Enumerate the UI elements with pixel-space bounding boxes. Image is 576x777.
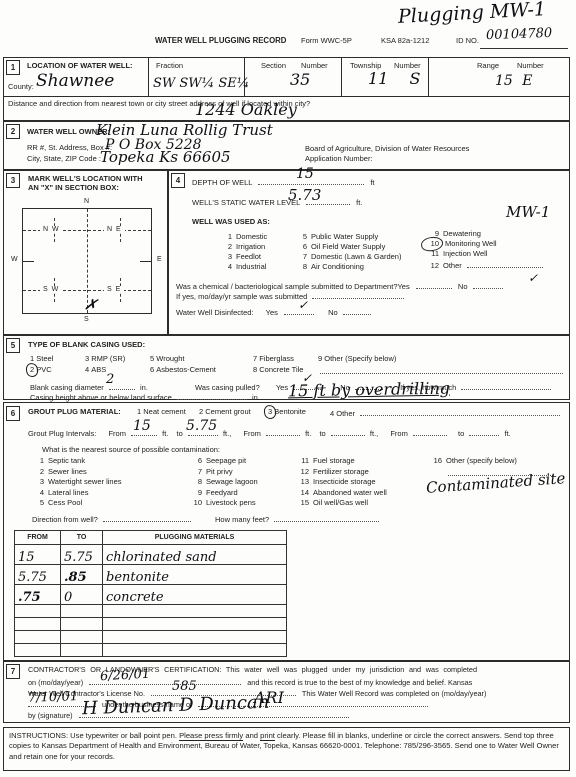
item-label: Cess Pool — [48, 498, 82, 507]
contamination-item: 7Pit privy — [188, 468, 233, 477]
contamination-item: 8Sewage lagoon — [188, 478, 258, 487]
casing-option: 3 RMP (SR) — [85, 355, 125, 364]
section-number: 4 — [171, 173, 185, 188]
use-label: Feedlot — [236, 252, 261, 261]
license-number-value: 585 — [172, 680, 197, 693]
material-cell: concrete — [103, 585, 287, 605]
county-label: County: — [8, 83, 34, 92]
use-number: 2 — [222, 243, 232, 252]
certification-line2-text: and this record is true to the best of m… — [247, 678, 472, 687]
section5-title: TYPE OF BLANK CASING USED: — [28, 341, 145, 350]
check-mark-icon: ✓ — [298, 299, 308, 311]
item-label: Seepage pit — [206, 456, 246, 465]
depth-label: DEPTH OF WELL — [192, 178, 252, 187]
section-column-label: Section — [261, 62, 286, 71]
use-label: Oil Field Water Supply — [311, 242, 385, 251]
material-cell — [103, 631, 287, 644]
item-number: 9 — [188, 489, 202, 498]
grout-intervals-label: Grout Plug Intervals: — [28, 429, 96, 438]
column-header-to: TO — [61, 531, 103, 545]
item-label: Septic tank — [48, 456, 85, 465]
column-header-materials: PLUGGING MATERIALS — [103, 531, 287, 545]
casing-diameter-value: 2 — [106, 373, 114, 386]
table-row-empty — [15, 605, 287, 618]
grout-option: 2 Cement grout — [199, 408, 251, 417]
divider — [428, 57, 429, 96]
completed-on-label: on (mo/day/year) — [28, 678, 83, 687]
item-label: Oil well/Gas well — [313, 498, 368, 507]
overdrilling-note-value: 15 ft by overdrilling — [288, 381, 450, 400]
street-address-value: 1244 Oakley — [195, 102, 297, 118]
id-label: ID NO. — [456, 37, 479, 46]
no-label: No — [458, 282, 468, 291]
section1-title: LOCATION OF WATER WELL: — [27, 62, 133, 71]
number-column-label: Number — [517, 62, 544, 71]
fraction-label: Fraction — [156, 62, 183, 71]
casing-option: 6 Asbestos-Cement — [150, 366, 216, 375]
section-number: 1 — [6, 60, 20, 75]
use-number: 5 — [297, 233, 307, 242]
use-item: 12Other — [425, 260, 543, 271]
how-many-feet-label: How many feet? — [215, 515, 269, 524]
use-item: 2Irrigation — [222, 243, 265, 252]
grout-material-label: GROUT PLUG MATERIAL: — [28, 408, 121, 417]
signature-label: by (signature) — [28, 711, 73, 720]
use-number-circled: 10 — [425, 240, 439, 249]
contamination-item: 5Cess Pool — [30, 499, 82, 508]
item-label: Insecticide storage — [313, 477, 376, 486]
table-row-empty — [15, 618, 287, 631]
item-number: 7 — [188, 468, 202, 477]
option-label: RMP (SR) — [91, 354, 125, 363]
item-label: Watertight sewer lines — [48, 477, 122, 486]
ft-unit: ft. — [356, 198, 362, 207]
instructions-underlined-2: print — [260, 731, 275, 741]
option-label: Cement grout — [205, 407, 250, 416]
section-number: 2 — [6, 124, 20, 139]
to-cell — [61, 631, 103, 644]
casing-option: 9 Other (Specify below) — [318, 355, 396, 364]
statute-number: KSA 82a-1212 — [381, 37, 429, 46]
option-number: 7 — [253, 354, 257, 363]
use-label: Other — [443, 261, 462, 270]
grout-intervals-row: Grout Plug Intervals: From ft. to ft., F… — [28, 428, 511, 439]
to-cell: 0 — [61, 585, 103, 605]
to-cell: .85 — [61, 565, 103, 585]
use-number: 8 — [297, 263, 307, 272]
use-number: 11 — [425, 250, 439, 259]
from-cell — [15, 631, 61, 644]
option-label: Other — [336, 409, 355, 418]
ft-unit: ft. — [504, 429, 510, 438]
item-number: 11 — [295, 457, 309, 466]
item-label: Lateral lines — [48, 488, 88, 497]
table-row-empty — [15, 644, 287, 657]
no-label: No — [328, 308, 338, 317]
item-label: Abandoned water well — [313, 488, 387, 497]
item-label: Feedyard — [206, 488, 238, 497]
section-number: 7 — [6, 664, 20, 679]
material-cell — [103, 644, 287, 657]
from-label: From — [243, 429, 261, 438]
option-label: Neat cement — [143, 407, 186, 416]
compass-east-label: E — [157, 256, 162, 264]
plugging-date-value: 6/26/01 — [100, 668, 151, 684]
scanned-form-page: Plugging MW-1 WATER WELL PLUGGING RECORD… — [0, 0, 576, 777]
option-number: 6 — [150, 365, 154, 374]
use-number: 3 — [222, 253, 232, 262]
check-mark-icon: ✓ — [528, 272, 538, 284]
contamination-item: 1Septic tank — [30, 457, 85, 466]
from-label: From — [390, 429, 408, 438]
section-number: 3 — [6, 173, 20, 188]
to-label: to — [319, 429, 325, 438]
contamination-item-other: 16Other (specify below) — [428, 457, 517, 466]
compass-north-label: N — [84, 198, 89, 206]
table-row: 15 5.75 chlorinated sand — [15, 545, 287, 565]
grout-option: 3 Bentonite — [268, 408, 306, 417]
static-water-level-label: WELL'S STATIC WATER LEVEL — [192, 198, 300, 207]
diagram-tick — [140, 261, 152, 262]
option-label: Steel — [36, 354, 53, 363]
use-item: 11Injection Well — [425, 250, 487, 259]
in-unit: in. — [252, 393, 260, 402]
contamination-item: 4Lateral lines — [30, 489, 88, 498]
option-number: 1 — [137, 407, 141, 416]
use-number: 1 — [222, 233, 232, 242]
option-number: 8 — [253, 365, 257, 374]
use-item: 6Oil Field Water Supply — [297, 243, 385, 252]
item-number: 12 — [295, 468, 309, 477]
option-number: 4 — [85, 365, 89, 374]
use-number: 4 — [222, 263, 232, 272]
from-cell: 5.75 — [15, 565, 61, 585]
use-number: 7 — [297, 253, 307, 262]
material-cell — [103, 605, 287, 618]
contamination-item: 11Fuel storage — [295, 457, 355, 466]
option-label: Asbestos-Cement — [156, 365, 216, 374]
in-unit: in. — [140, 383, 148, 392]
item-label: Other (specify below) — [446, 456, 517, 465]
from-cell — [15, 605, 61, 618]
certification-line1: CONTRACTOR'S OR LANDOWNER'S CERTIFICATIO… — [28, 666, 477, 674]
county-value: Shawnee — [36, 73, 114, 90]
ft-unit: ft — [370, 178, 374, 187]
option-number: 4 — [330, 409, 334, 418]
item-number: 5 — [30, 499, 44, 508]
grout-option: 1 Neat cement — [137, 408, 186, 417]
use-item: 8Air Conditioning — [297, 263, 364, 272]
use-label: Injection Well — [443, 249, 487, 258]
casing-option: 2 PVC — [30, 366, 52, 375]
option-label: Bentonite — [274, 407, 306, 416]
casing-option: 4 ABS — [85, 366, 106, 375]
quadrant-nw-label: N W — [40, 226, 63, 233]
to-label: to — [177, 429, 183, 438]
option-number-circled: 3 — [268, 408, 272, 417]
item-label: Sewer lines — [48, 467, 87, 476]
use-label: Domestic — [236, 232, 267, 241]
use-label: Domestic (Lawn & Garden) — [311, 252, 401, 261]
form-number: Form WWC-5P — [301, 37, 352, 46]
quadrant-ne-label: N E — [104, 226, 125, 233]
item-number: 6 — [188, 457, 202, 466]
use-item: 5Public Water Supply — [297, 233, 378, 242]
option-number: 5 — [150, 354, 154, 363]
compass-west-label: W — [11, 256, 18, 264]
instructions-text: INSTRUCTIONS: Use typewriter or ball poi… — [9, 731, 563, 762]
range-column-label: Range — [477, 62, 499, 71]
ft-unit: ft. — [305, 429, 311, 438]
contamination-item: 3Watertight sewer lines — [30, 478, 122, 487]
ft-unit: ft. — [162, 429, 168, 438]
item-label: Fertilizer storage — [313, 467, 369, 476]
static-water-level-row: WELL'S STATIC WATER LEVEL ft. — [192, 197, 362, 208]
divider — [148, 57, 149, 96]
contamination-question: What is the nearest source of possible c… — [42, 446, 220, 455]
township-value: 11 S — [368, 71, 420, 87]
certification-line3-text: This Water Well Record was completed on … — [302, 689, 487, 698]
plugging-materials-table: FROM TO PLUGGING MATERIALS 15 5.75 chlor… — [14, 530, 287, 657]
record-completed-date-value: 7/10/01 — [28, 690, 79, 705]
use-label: Monitoring Well — [445, 239, 497, 248]
option-number: 1 — [30, 354, 34, 363]
option-label: Concrete Tile — [259, 365, 303, 374]
certification-line2: on (mo/day/year) and this record is true… — [28, 677, 472, 687]
range-value: 15 E — [495, 74, 532, 88]
interval-from-value: 15 — [133, 419, 151, 433]
item-label: Pit privy — [206, 467, 233, 476]
city-state-zip-label: City, State, ZIP Code : — [27, 155, 101, 164]
use-label: Dewatering — [443, 229, 481, 238]
casing-option: 8 Concrete Tile — [253, 366, 303, 375]
item-number: 8 — [188, 478, 202, 487]
option-number: 3 — [85, 354, 89, 363]
option-label: ABS — [91, 365, 106, 374]
casing-option: 7 Fiberglass — [253, 355, 294, 364]
material-cell — [103, 618, 287, 631]
use-item: 3Feedlot — [222, 253, 261, 262]
depth-of-well-row: DEPTH OF WELL ft — [192, 177, 375, 188]
option-label: PVC — [36, 365, 51, 374]
item-number: 4 — [30, 489, 44, 498]
item-number: 13 — [295, 478, 309, 487]
from-label: From — [108, 429, 126, 438]
column-header-from: FROM — [15, 531, 61, 545]
use-label: Public Water Supply — [311, 232, 378, 241]
item-number: 3 — [30, 478, 44, 487]
use-item: 4Industrial — [222, 263, 266, 272]
option-label: Wrought — [156, 354, 184, 363]
diagram-tick — [22, 261, 34, 262]
option-number: 2 — [199, 407, 203, 416]
divider — [3, 96, 570, 97]
option-number: 9 — [318, 354, 322, 363]
table-row: .75 0 concrete — [15, 585, 287, 605]
contamination-item: 10Livestock pens — [188, 499, 256, 508]
fraction-value: SW SW¼ SE¼ — [153, 77, 249, 90]
option-label: Fiberglass — [259, 354, 294, 363]
compass-south-label: S — [84, 316, 89, 324]
casing-pulled-label: Was casing pulled? — [195, 383, 260, 392]
material-cell: bentonite — [103, 565, 287, 585]
casing-option: 5 Wrought — [150, 355, 184, 364]
owner-value: Klein Luna Rollig Trust — [96, 123, 273, 138]
to-cell — [61, 618, 103, 631]
item-number: 10 — [188, 499, 202, 508]
chemical-sample-question: Was a chemical / bacteriological sample … — [176, 282, 410, 291]
yes-label: Yes — [266, 308, 278, 317]
item-label: Sewage lagoon — [206, 477, 258, 486]
ft-unit: ft., — [223, 429, 231, 438]
instructions-pre: INSTRUCTIONS: Use typewriter or ball poi… — [9, 731, 179, 740]
item-label: Fuel storage — [313, 456, 355, 465]
contamination-item: 14Abandoned water well — [295, 489, 387, 498]
material-cell: chlorinated sand — [103, 545, 287, 565]
to-cell — [61, 605, 103, 618]
section3-title-line2: AN "X" IN SECTION BOX: — [28, 184, 119, 193]
grout-option: 4 Other — [330, 408, 560, 419]
form-title: WATER WELL PLUGGING RECORD — [155, 37, 286, 46]
use-label: Irrigation — [236, 242, 265, 251]
quadrant-sw-label: S W — [40, 286, 62, 293]
top-annotation: Plugging MW-1 — [398, 0, 547, 27]
option-number-circled: 2 — [30, 366, 34, 375]
use-item: 7Domestic (Lawn & Garden) — [297, 253, 401, 262]
item-number: 2 — [30, 468, 44, 477]
depth-value: 15 — [296, 167, 314, 181]
city-state-zip-value: Topeka Ks 66605 — [100, 150, 231, 165]
use-item: 10Monitoring Well — [425, 240, 497, 249]
section-number: 5 — [6, 338, 20, 353]
item-label: Livestock pens — [206, 498, 256, 507]
from-cell — [15, 618, 61, 631]
interval-to-value: 5.75 — [186, 419, 217, 433]
item-number: 15 — [295, 499, 309, 508]
use-label: Industrial — [236, 262, 266, 271]
contamination-item: 9Feedyard — [188, 489, 238, 498]
contamination-item: 13Insecticide storage — [295, 478, 376, 487]
contamination-item: 6Seepage pit — [188, 457, 246, 466]
direction-label: Direction from well? — [32, 515, 98, 524]
contamination-item: 15Oil well/Gas well — [295, 499, 368, 508]
item-number: 14 — [295, 489, 309, 498]
if-yes-label: If yes, mo/day/yr sample was submitted — [176, 292, 307, 301]
instructions-mid: and — [243, 731, 260, 740]
option-label: Other (Specify below) — [324, 354, 396, 363]
ft-unit: ft., — [370, 429, 378, 438]
contamination-item: 2Sewer lines — [30, 468, 87, 477]
static-water-level-value: 5.73 — [288, 188, 321, 203]
yes-label: Yes — [276, 383, 288, 392]
to-cell — [61, 644, 103, 657]
to-label: to — [458, 429, 464, 438]
id-number-value: 00104780 — [486, 27, 553, 42]
monitoring-well-id-value: MW-1 — [506, 205, 550, 220]
well-used-as-label: WELL WAS USED AS: — [192, 218, 270, 227]
instructions-underlined-1: Please press firmly — [179, 731, 243, 741]
table-row-empty — [15, 631, 287, 644]
other-specify-line — [320, 366, 563, 377]
to-cell: 5.75 — [61, 545, 103, 565]
from-cell — [15, 644, 61, 657]
direction-from-well-row: Direction from well? — [32, 514, 191, 525]
well-location-x-mark: ✗ — [83, 296, 99, 314]
use-label: Air Conditioning — [311, 262, 364, 271]
table-row: 5.75 .85 bentonite — [15, 565, 287, 585]
casing-height-label: Casing height above or below land surfac… — [30, 393, 172, 402]
section-number: 6 — [6, 406, 20, 421]
application-number-label: Application Number: — [305, 155, 373, 164]
use-item: 1Domestic — [222, 233, 267, 242]
sample-date-row: If yes, mo/day/yr sample was submitted — [176, 291, 404, 302]
divider — [341, 57, 342, 96]
quadrant-se-label: S E — [104, 286, 124, 293]
disinfected-row: Water Well Disinfected: Yes No — [176, 307, 371, 318]
section-value: 35 — [290, 72, 310, 88]
how-many-feet-row: How many feet? — [215, 514, 379, 525]
from-cell: 15 — [15, 545, 61, 565]
use-number: 12 — [425, 262, 439, 271]
table-header-row: FROM TO PLUGGING MATERIALS — [15, 531, 287, 545]
agency-label: Board of Agriculture, Division of Water … — [305, 145, 469, 154]
use-number: 6 — [297, 243, 307, 252]
item-number: 1 — [30, 457, 44, 466]
contamination-item: 12Fertilizer storage — [295, 468, 369, 477]
casing-diameter-label: Blank casing diameter — [30, 383, 104, 392]
item-number: 16 — [428, 457, 442, 466]
from-cell: .75 — [15, 585, 61, 605]
disinfected-label: Water Well Disinfected: — [176, 308, 254, 317]
